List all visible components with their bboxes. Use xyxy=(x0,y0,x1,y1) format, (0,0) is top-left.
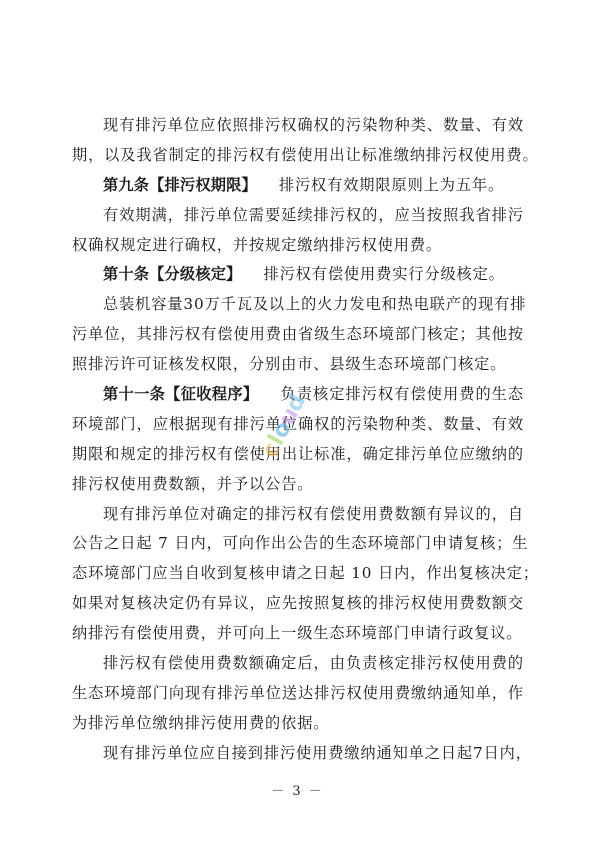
text-line: 环境部门，应根据现有排污单位确权的污染物种类、数量、有效 xyxy=(72,410,524,440)
document-body: 现有排污单位应依照排污权确权的污染物种类、数量、有效 期，以及我省制定的排污权有… xyxy=(72,111,524,769)
text-line: 公告之日起 7 日内，可向作出公告的生态环境部门申请复核；生 xyxy=(72,529,524,559)
article-10: 第十条【分级核定】排污权有偿使用费实行分级核定。 xyxy=(72,260,524,290)
text-line: 生态环境部门向现有排污单位送达排污权使用费缴纳通知单，作 xyxy=(72,679,524,709)
text-line: 污单位，其排污权有偿使用费由省级生态环境部门核定；其他按 xyxy=(72,320,524,350)
text-line: 排污权有效期限原则上为五年。 xyxy=(279,176,504,194)
text-line: 排污权有偿使用费实行分级核定。 xyxy=(264,265,505,283)
text-line: 排污权使用费数额，并予以公告。 xyxy=(72,470,524,500)
text-line: 权确权规定进行确权，并按规定缴纳排污权使用费。 xyxy=(72,231,524,261)
text-line: 负责核定排污权有偿使用费的生态 xyxy=(280,385,524,403)
document-page: 现有排污单位应依照排污权确权的污染物种类、数量、有效 期，以及我省制定的排污权有… xyxy=(0,0,595,841)
text-line: 期限和规定的排污权有偿使用出让标准，确定排污单位应缴纳的 xyxy=(72,440,524,470)
text-line: 有效期满，排污单位需要延续排污权的，应当按照我省排污 xyxy=(72,201,524,231)
text-line: 态环境部门应当自收到复核申请之日起 10 日内，作出复核决定； xyxy=(72,559,524,589)
text-line: 现有排污单位应依照排污权确权的污染物种类、数量、有效 xyxy=(72,111,524,141)
article-heading: 第十条【分级核定】 xyxy=(103,265,242,283)
text-line: 排污权有偿使用费数额确定后，由负责核定排污权使用费的 xyxy=(72,649,524,679)
text-line: 为排污单位缴纳排污使用费的依据。 xyxy=(72,709,524,739)
text-line: 现有排污单位应自接到排污使用费缴纳通知单之日起7日内， xyxy=(72,739,524,769)
text-line: 如果对复核决定仍有异议，应先按照复核的排污权使用费数额交 xyxy=(72,589,524,619)
text-line: 照排污许可证核发权限，分别由市、县级生态环境部门核定。 xyxy=(72,350,524,380)
text-line: 总装机容量30万千瓦及以上的火力发电和热电联产的现有排 xyxy=(72,290,524,320)
text-line: 纳排污有偿使用费，并可向上一级生态环境部门申请行政复议。 xyxy=(72,619,524,649)
text-line: 期，以及我省制定的排污权有偿使用出让标准缴纳排污权使用费。 xyxy=(72,141,524,171)
page-number: － 3 － xyxy=(0,780,595,799)
article-heading: 第九条【排污权期限】 xyxy=(103,176,257,194)
article-11: 第十一条【征收程序】负责核定排污权有偿使用费的生态 xyxy=(72,380,524,410)
article-heading: 第十一条【征收程序】 xyxy=(103,385,258,403)
article-9: 第九条【排污权期限】排污权有效期限原则上为五年。 xyxy=(72,171,524,201)
text-line: 现有排污单位对确定的排污权有偿使用费数额有异议的，自 xyxy=(72,500,524,530)
